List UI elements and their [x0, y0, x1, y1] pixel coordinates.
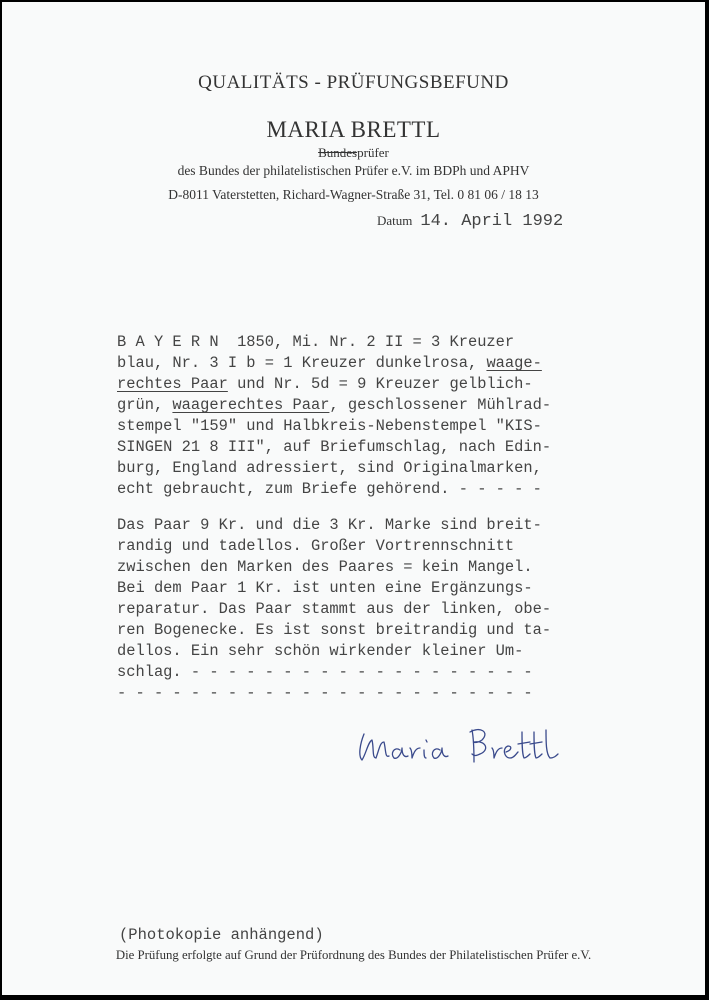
text-line: B A Y E R N 1850, Mi. Nr. 2 II = 3 Kreuz… — [117, 332, 587, 353]
text-segment: B A Y E R N 1850, Mi. Nr. 2 II = 3 Kreuz… — [117, 333, 514, 351]
association-line: des Bundes der philatelistischen Prüfer … — [2, 163, 705, 179]
text-segment: grün, — [117, 396, 172, 414]
text-line: blau, Nr. 3 I b = 1 Kreuzer dunkelrosa, … — [117, 353, 587, 374]
text-line: grün, waagerechtes Paar, geschlossener M… — [117, 395, 587, 416]
text-line: schlag. - - - - - - - - - - - - - - - - … — [117, 662, 587, 683]
text-line: SINGEN 21 8 III", auf Briefumschlag, nac… — [117, 437, 587, 458]
examiner-name: MARIA BRETTL — [2, 117, 705, 143]
text-segment: stempel "159" und Halbkreis-Nebenstempel… — [117, 417, 542, 435]
footer-note: Die Prüfung erfolgte auf Grund der Prüfo… — [2, 948, 705, 963]
text-line: - - - - - - - - - - - - - - - - - - - - … — [117, 683, 587, 704]
role-text: prüfer — [357, 145, 389, 160]
signature-icon — [352, 714, 572, 774]
document-title: QUALITÄTS - PRÜFUNGSBEFUND — [2, 72, 705, 94]
text-line: rechtes Paar und Nr. 5d = 9 Kreuzer gelb… — [117, 374, 587, 395]
text-segment: burg, England adressiert, sind Originalm… — [117, 459, 542, 477]
text-segment: , geschlossener Mühlrad- — [329, 396, 551, 414]
role-struck-text: Bundes — [318, 145, 357, 160]
underlined-text: rechtes Paar — [117, 375, 228, 393]
text-line: stempel "159" und Halbkreis-Nebenstempel… — [117, 416, 587, 437]
date-line: Datum 14. April 1992 — [377, 212, 563, 231]
underlined-text: waage- — [486, 354, 541, 372]
condition-paragraph: Das Paar 9 Kr. und die 3 Kr. Marke sind … — [117, 515, 587, 704]
text-line: Das Paar 9 Kr. und die 3 Kr. Marke sind … — [117, 515, 587, 536]
underlined-text: waagerechtes Paar — [172, 396, 329, 414]
photocopy-note: (Photokopie anhängend) — [119, 926, 324, 944]
text-line: reparatur. Das Paar stammt aus der linke… — [117, 599, 587, 620]
text-segment: und Nr. 5d = 9 Kreuzer gelblich- — [228, 375, 533, 393]
address-line: D-8011 Vaterstetten, Richard-Wagner-Stra… — [2, 187, 705, 203]
text-segment: blau, Nr. 3 I b = 1 Kreuzer dunkelrosa, — [117, 354, 486, 372]
text-line: randig und tadellos. Großer Vortrennschn… — [117, 536, 587, 557]
text-segment: echt gebraucht, zum Briefe gehörend. - -… — [117, 480, 542, 498]
examiner-role: Bundesprüfer — [2, 145, 705, 161]
text-line: dellos. Ein sehr schön wirkender kleiner… — [117, 641, 587, 662]
text-line: Bei dem Paar 1 Kr. ist unten eine Ergänz… — [117, 578, 587, 599]
text-line: zwischen den Marken des Paares = kein Ma… — [117, 557, 587, 578]
text-line: burg, England adressiert, sind Originalm… — [117, 458, 587, 479]
certificate-page: QUALITÄTS - PRÜFUNGSBEFUND MARIA BRETTL … — [2, 2, 705, 995]
text-segment: SINGEN 21 8 III", auf Briefumschlag, nac… — [117, 438, 551, 456]
description-paragraph: B A Y E R N 1850, Mi. Nr. 2 II = 3 Kreuz… — [117, 332, 587, 500]
text-line: echt gebraucht, zum Briefe gehörend. - -… — [117, 479, 587, 500]
date-label: Datum — [377, 213, 412, 228]
text-line: ren Bogenecke. Es ist sonst breitrandig … — [117, 620, 587, 641]
signature — [352, 714, 572, 774]
date-value: 14. April 1992 — [420, 212, 563, 231]
